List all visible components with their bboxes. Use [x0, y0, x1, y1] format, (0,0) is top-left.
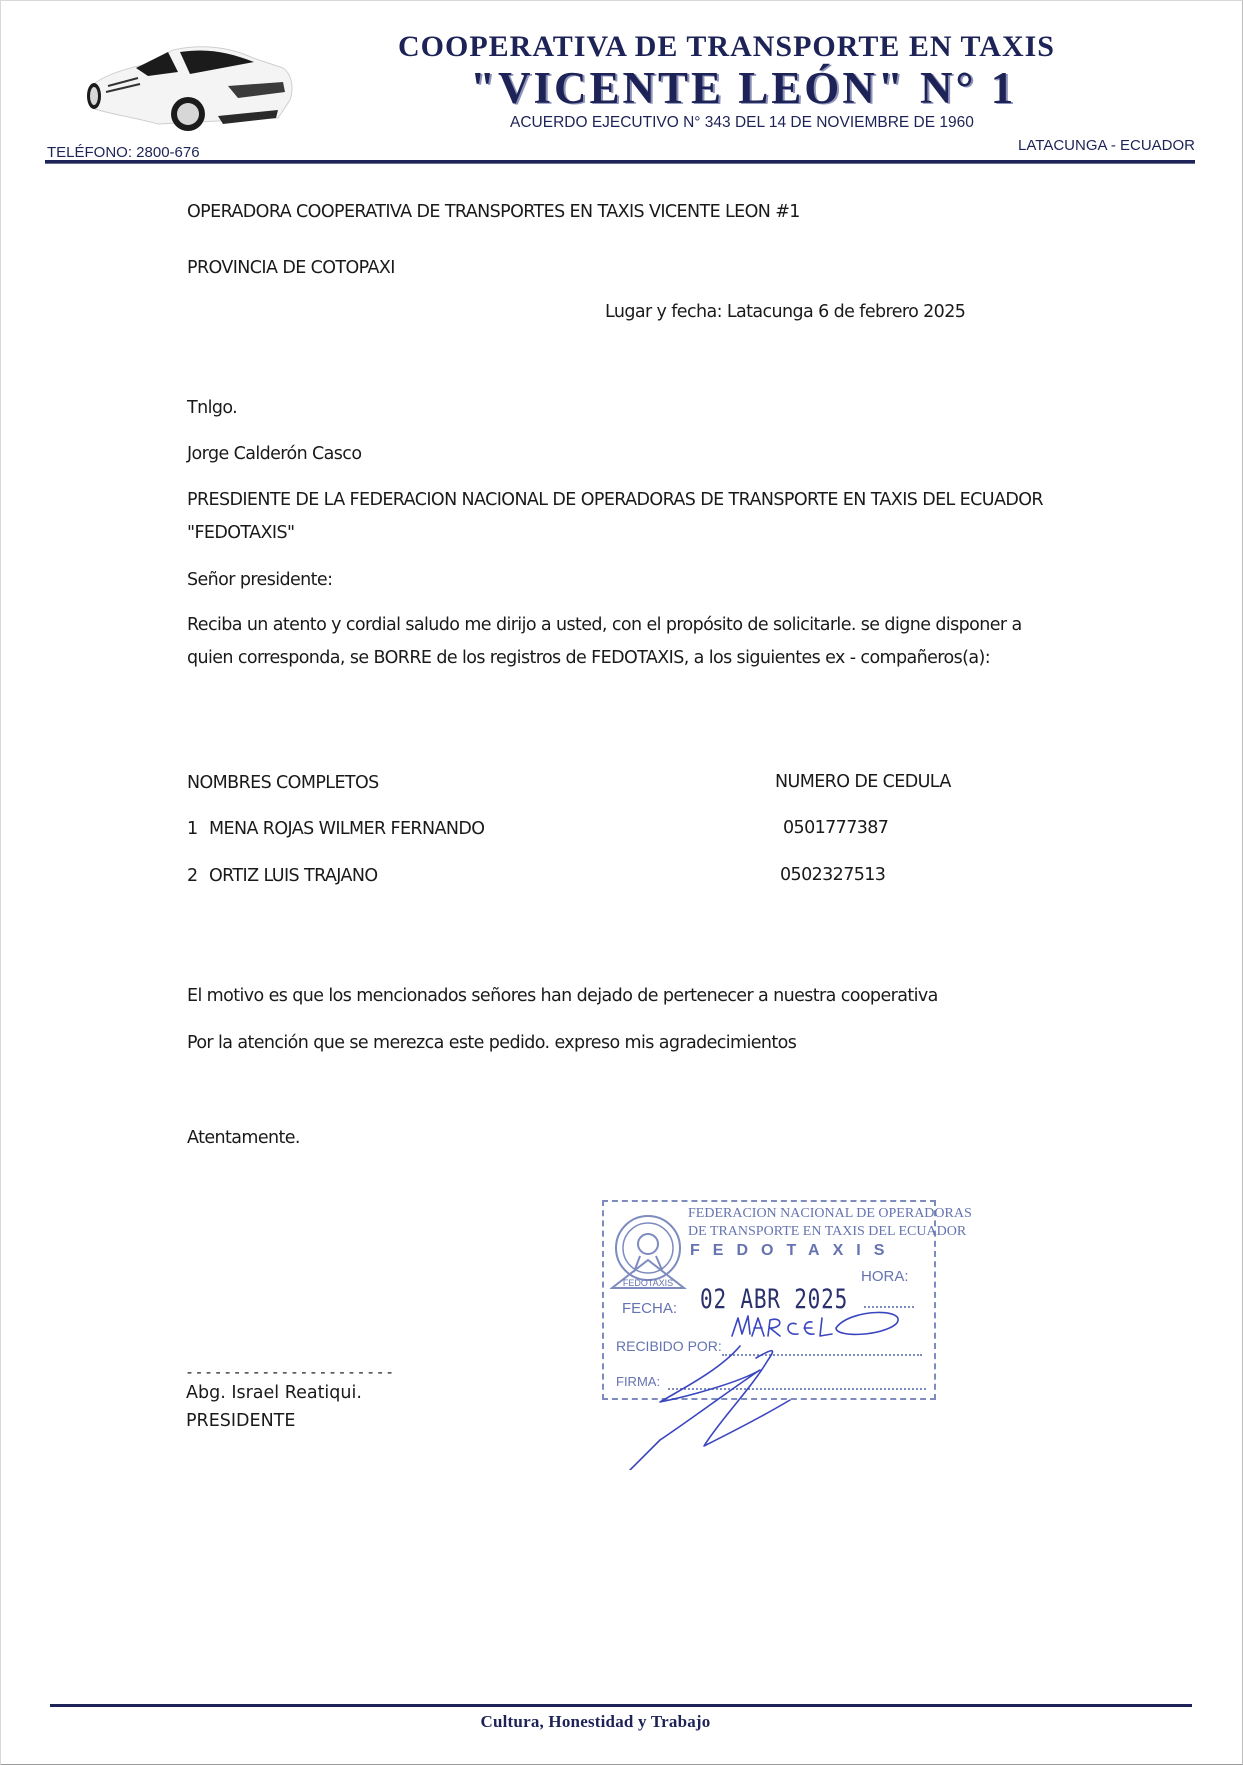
fedotaxis-emblem-icon: FEDOTAXIS [610, 1210, 688, 1298]
letterhead-name: "VICENTE LEÓN" N° 1 [470, 62, 1016, 114]
letterhead-title: COOPERATIVA DE TRANSPORTE EN TAXIS [398, 30, 1198, 64]
recipient-title: Tnlgo. [187, 398, 237, 418]
stamp-signature-label: FIRMA: [616, 1374, 660, 1389]
table-header-names: NOMBRES COMPLETOS [187, 773, 379, 793]
reason-text: El motivo es que los mencionados señores… [187, 986, 938, 1006]
thanks-text: Por la atención que se merezca este pedi… [187, 1033, 796, 1053]
signer-title: PRESIDENTE [186, 1411, 295, 1431]
recipient-position: PRESDIENTE DE LA FEDERACION NACIONAL DE … [187, 484, 1067, 550]
signer-name: Abg. Israel Reatiqui. [186, 1383, 362, 1403]
body-paragraph: Reciba un atento y cordial saludo me dir… [187, 609, 1067, 675]
letterhead-phone: TELÉFONO: 2800-676 [47, 144, 200, 161]
recipient-name: Jorge Calderón Casco [187, 444, 361, 464]
stamp-title-line1: FEDERACION NACIONAL DE OPERADORAS [688, 1206, 972, 1222]
stamp-fecha-label: FECHA: [622, 1300, 677, 1317]
stamp-title-line2: DE TRANSPORTE EN TAXIS DEL ECUADOR [688, 1224, 966, 1240]
table-header-id: NUMERO DE CEDULA [775, 772, 951, 792]
row-name: ORTIZ LUIS TRAJANO [209, 866, 378, 886]
stamp-brand: FEDOTAXIS [690, 1242, 897, 1260]
place-date: Lugar y fecha: Latacunga 6 de febrero 20… [605, 302, 965, 322]
reception-stamp: FEDOTAXIS FEDERACION NACIONAL DE OPERADO… [602, 1200, 936, 1400]
row-id-number: 0502327513 [780, 865, 885, 885]
closing-text: Atentamente. [187, 1128, 300, 1148]
province: PROVINCIA DE COTOPAXI [187, 258, 395, 278]
footer-motto: Cultura, Honestidad y Trabajo [481, 1712, 711, 1731]
stamp-hora-label: HORA: [861, 1268, 909, 1285]
stamp-fecha-value: 02 ABR 2025 [700, 1284, 848, 1315]
sender-organization: OPERADORA COOPERATIVA DE TRANSPORTES EN … [187, 202, 800, 222]
row-index: 2 [187, 866, 198, 886]
stamp-hora-line [864, 1306, 914, 1308]
stamp-received-by-line [722, 1354, 922, 1356]
svg-text:FEDOTAXIS: FEDOTAXIS [623, 1278, 673, 1288]
taxi-car-icon [78, 38, 298, 138]
stamp-received-by-label: RECIBIDO POR: [616, 1338, 722, 1354]
letterhead-divider [45, 160, 1195, 164]
salutation: Señor presidente: [187, 570, 332, 590]
row-name: MENA ROJAS WILMER FERNANDO [209, 819, 484, 839]
letterhead-agreement: ACUERDO EJECUTIVO N° 343 DEL 14 DE NOVIE… [510, 114, 974, 132]
row-index: 1 [187, 819, 198, 839]
row-id-number: 0501777387 [783, 818, 888, 838]
signature-line: ---------------------- [185, 1363, 395, 1381]
footer-divider [50, 1704, 1192, 1707]
stamp-signature-line [668, 1388, 926, 1390]
letterhead-location: LATACUNGA - ECUADOR [1018, 137, 1195, 154]
footer-motto-container: Cultura, Honestidad y Trabajo [0, 1712, 1243, 1732]
